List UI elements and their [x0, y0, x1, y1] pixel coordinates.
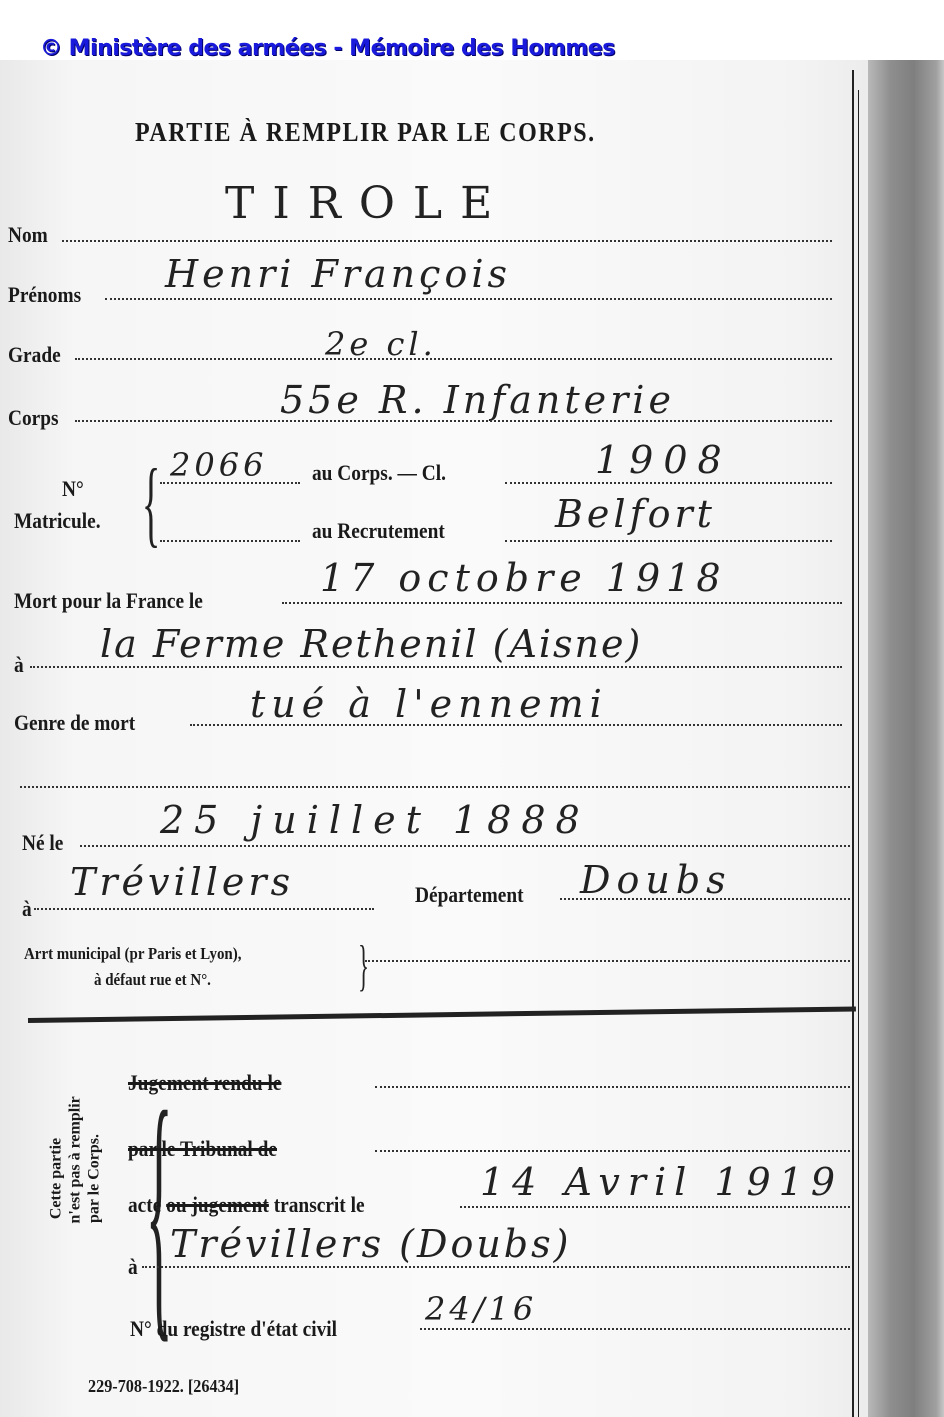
matricule-number-line	[160, 482, 300, 484]
arrondissement-brace: }	[358, 938, 369, 994]
acte-struck: ou jugement	[166, 1192, 269, 1217]
recrutement-blank-line	[160, 540, 300, 542]
recrutement-value: Belfort	[555, 492, 716, 536]
prenoms-line	[105, 298, 832, 300]
prenoms-label: Prénoms	[8, 282, 81, 308]
side-note-line-1: Cette partie	[47, 1134, 66, 1224]
registre-line	[420, 1328, 850, 1330]
naissance-date-line	[80, 845, 850, 847]
acte-label: acte ou jugement transcrit le	[128, 1192, 365, 1218]
corps-line	[75, 420, 832, 422]
genre-mort-value: tué à l'ennemi	[250, 682, 608, 726]
acte-suffix: transcrit le	[274, 1192, 365, 1217]
jugement-rendu-label: Jugement rendu le	[128, 1070, 281, 1096]
registre-label: N° du registre d'état civil	[130, 1316, 337, 1342]
matricule-label: Matricule.	[14, 508, 101, 534]
mort-date-value: 17 octobre 1918	[320, 556, 727, 600]
genre-mort-label: Genre de mort	[14, 710, 135, 736]
departement-label: Département	[415, 882, 524, 908]
transcrit-line	[460, 1206, 850, 1208]
copyright-watermark: © Ministère des armées - Mémoire des Hom…	[40, 36, 615, 61]
matricule-label-no: N°	[62, 476, 84, 502]
matricule-corps-number: 2066	[170, 446, 267, 484]
side-note-line-3: par le Corps.	[85, 1134, 104, 1224]
form-title: PARTIE À REMPLIR PAR LE CORPS.	[135, 118, 596, 149]
margin-rule	[852, 70, 854, 1417]
nom-value: TIROLE	[225, 178, 510, 229]
mort-lieu-line	[30, 666, 842, 668]
transcrit-lieu-label: à	[128, 1254, 138, 1280]
classe-value: 1908	[595, 438, 732, 482]
margin-rule-inner	[858, 90, 859, 1417]
departement-value: Doubs	[580, 858, 732, 902]
naissance-lieu-value: Trévillers	[70, 860, 294, 904]
naissance-lieu-label: à	[22, 896, 32, 922]
naissance-date-value: 25 juillet 1888	[160, 798, 590, 842]
tribunal-line	[375, 1150, 850, 1152]
recrutement-line	[505, 540, 832, 542]
mort-date-label: Mort pour la France le	[14, 588, 203, 614]
extra-blank-line	[20, 786, 850, 788]
arrondissement-line	[365, 960, 850, 962]
nom-label: Nom	[8, 222, 48, 248]
side-note: Cette partie n'est pas à remplir par le …	[47, 1134, 104, 1224]
prenoms-value: Henri François	[165, 252, 511, 296]
corps-value: 55e R. Infanterie	[280, 378, 675, 422]
grade-label: Grade	[8, 342, 61, 368]
grade-line	[75, 358, 832, 360]
corps-label: Corps	[8, 405, 59, 431]
tribunal-label: par le Tribunal de	[128, 1136, 277, 1162]
binding-edge	[868, 60, 944, 1417]
transcrit-lieu-value: Trévillers (Doubs)	[170, 1222, 571, 1266]
naissance-date-label: Né le	[22, 830, 63, 856]
au-corps-label: au Corps. — Cl.	[312, 460, 446, 486]
registre-value: 24/16	[425, 1290, 537, 1328]
au-recrutement-label: au Recrutement	[312, 518, 445, 544]
classe-line	[505, 482, 832, 484]
mort-lieu-value: la Ferme Rethenil (Aisne)	[100, 622, 642, 666]
transcrit-date-value: 14 Avril 1919	[480, 1160, 843, 1204]
arrondissement-label-2: à défaut rue et N°.	[94, 970, 211, 990]
matricule-brace: {	[142, 455, 160, 551]
print-reference: 229-708-1922. [26434]	[88, 1376, 239, 1397]
naissance-lieu-line	[34, 908, 374, 910]
nom-line	[62, 240, 832, 242]
jugement-rendu-line	[375, 1086, 850, 1088]
transcrit-lieu-line	[142, 1266, 850, 1268]
side-note-line-2: n'est pas à remplir	[66, 1134, 85, 1224]
acte-prefix: acte	[128, 1192, 161, 1217]
mort-date-line	[282, 602, 842, 604]
arrondissement-label-1: Arrt municipal (pr Paris et Lyon),	[24, 944, 241, 964]
mort-lieu-label: à	[14, 652, 24, 678]
